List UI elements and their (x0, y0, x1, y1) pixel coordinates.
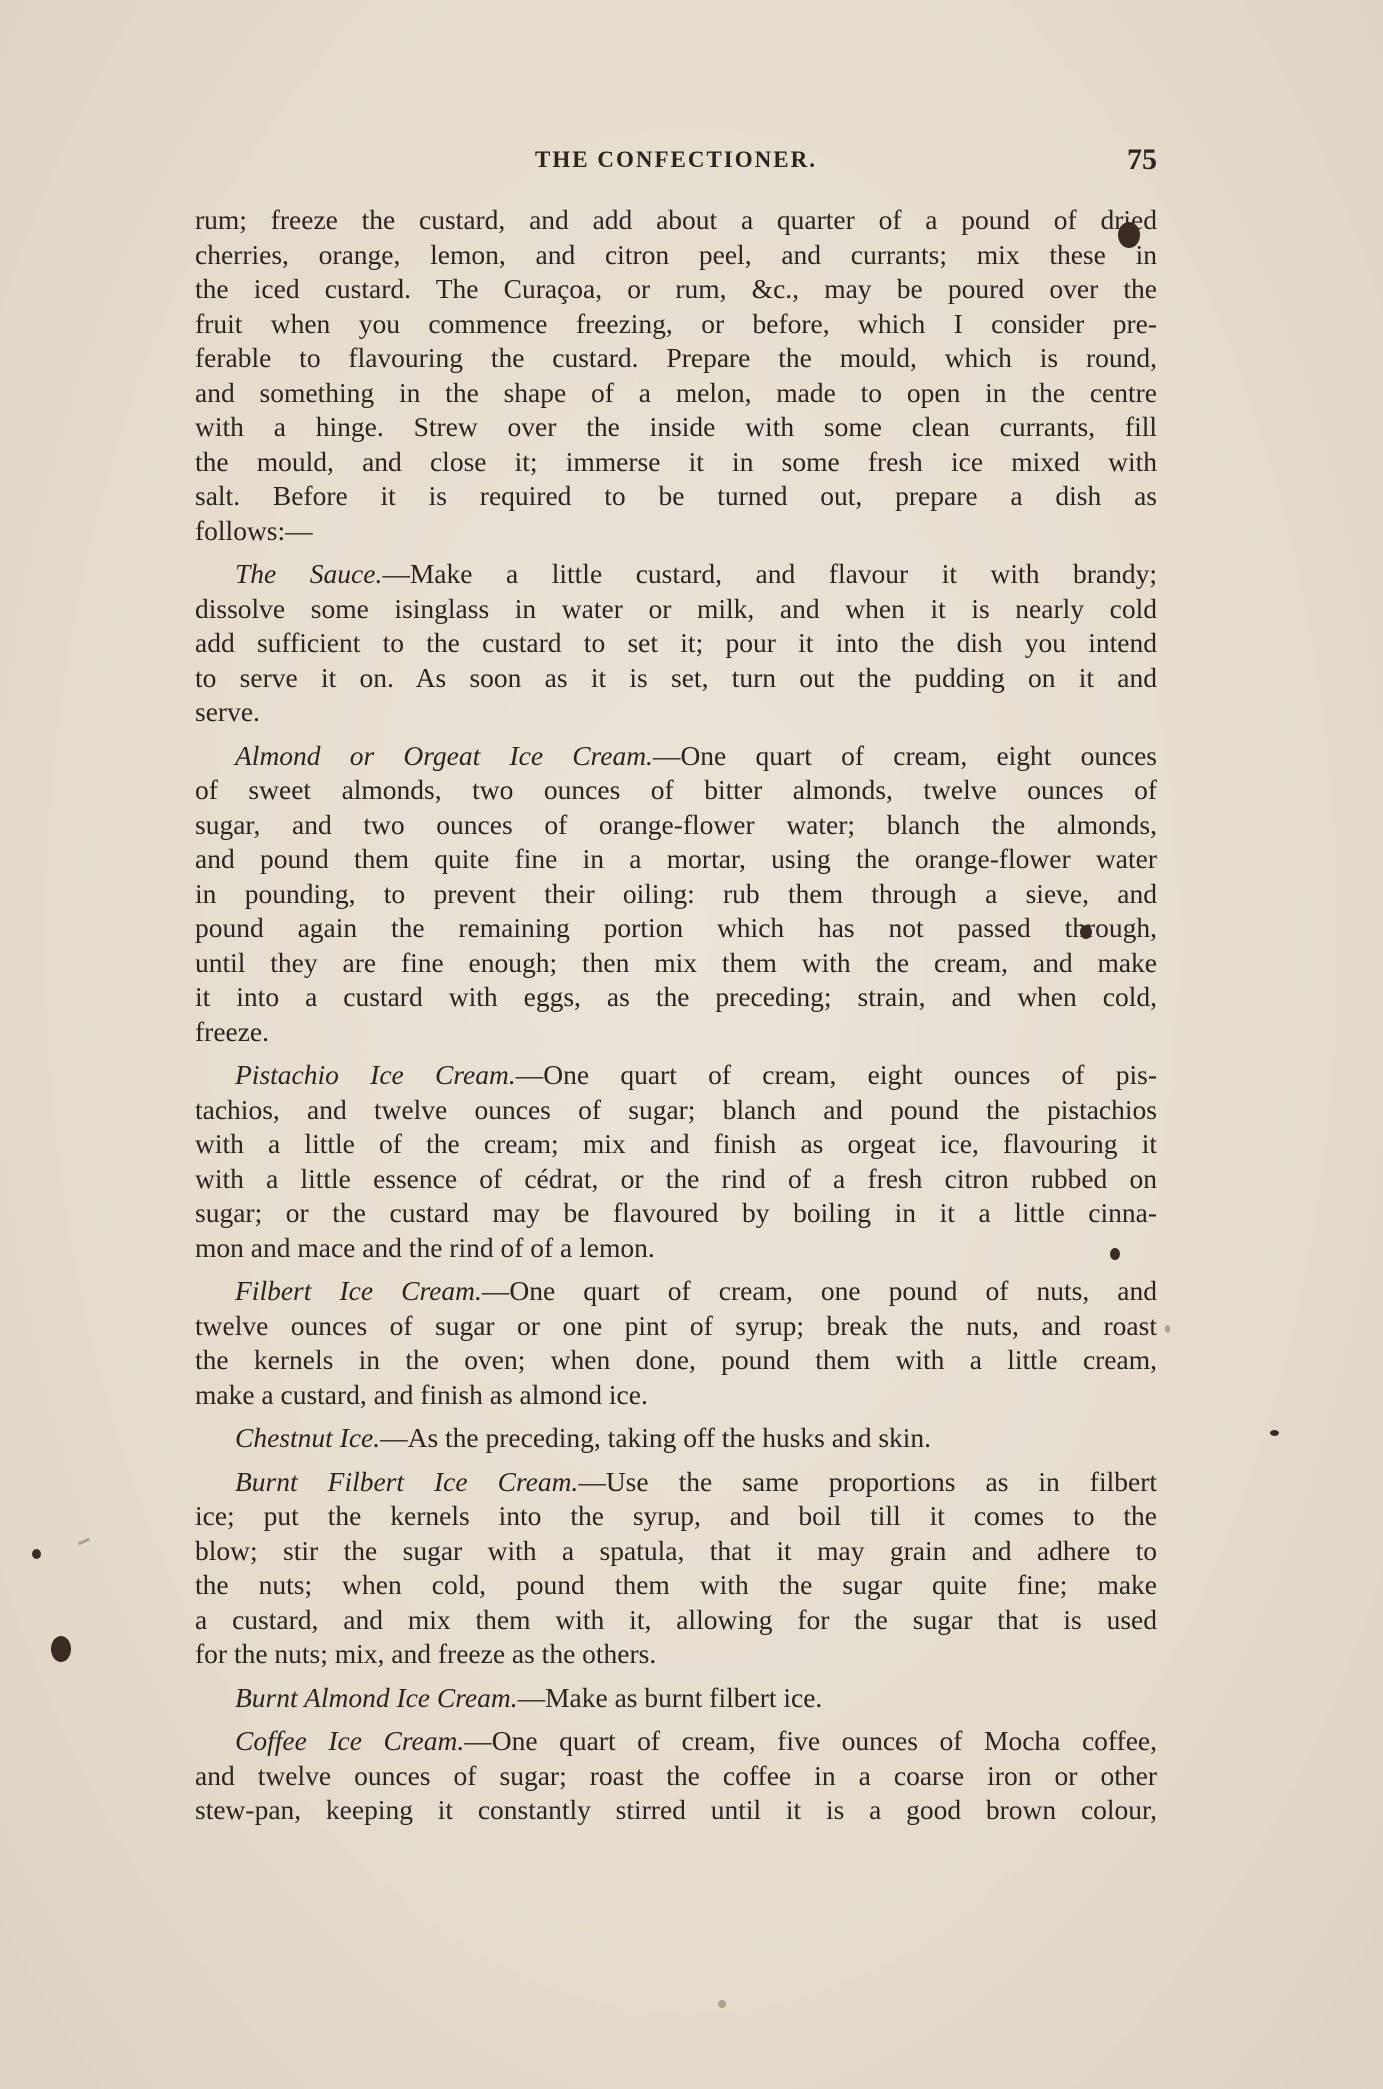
text-line: Filbert Ice Cream.—One quart of cream, o… (195, 1274, 1157, 1309)
text-line: stew-pan, keeping it constantly stirred … (195, 1793, 1157, 1828)
paragraph-the-sauce: The Sauce.—Make a little custard, and fl… (195, 557, 1157, 730)
paragraph-continuation: rum; freeze the custard, and add about a… (195, 203, 1157, 548)
recipe-heading: Filbert Ice Cream. (235, 1275, 482, 1306)
text-line: Pistachio Ice Cream.—One quart of cream,… (195, 1058, 1157, 1093)
text-line: with a little of the cream; mix and fini… (195, 1127, 1157, 1162)
text-line: tachios, and twelve ounces of sugar; bla… (195, 1093, 1157, 1128)
text-line: Coffee Ice Cream.—One quart of cream, fi… (195, 1724, 1157, 1759)
text-line: in pounding, to prevent their oiling: ru… (195, 877, 1157, 912)
paper-stain (1118, 222, 1140, 248)
text-line: serve. (195, 695, 1157, 730)
text-line: the mould, and close it; immerse it in s… (195, 445, 1157, 480)
text-line: rum; freeze the custard, and add about a… (195, 203, 1157, 238)
body-text: rum; freeze the custard, and add about a… (195, 203, 1157, 1837)
recipe-heading: Almond or Orgeat Ice Cream. (235, 740, 653, 771)
text-line: ferable to flavouring the custard. Prepa… (195, 341, 1157, 376)
paper-mark (1165, 1325, 1170, 1333)
text-line: sugar; or the custard may be flavoured b… (195, 1196, 1157, 1231)
text-line: and something in the shape of a melon, m… (195, 376, 1157, 411)
text-line: follows:— (195, 514, 1157, 549)
text-line: blow; stir the sugar with a spatula, tha… (195, 1534, 1157, 1569)
paragraph-burnt-filbert-ice-cream: Burnt Filbert Ice Cream.—Use the same pr… (195, 1465, 1157, 1672)
text-line: freeze. (195, 1015, 1157, 1050)
recipe-heading: The Sauce. (235, 558, 382, 589)
text-line: Chestnut Ice.—As the preceding, taking o… (195, 1421, 1157, 1456)
text-line: The Sauce.—Make a little custard, and fl… (195, 557, 1157, 592)
text-line: twelve ounces of sugar or one pint of sy… (195, 1309, 1157, 1344)
text-line: it into a custard with eggs, as the prec… (195, 980, 1157, 1015)
text-line: Almond or Orgeat Ice Cream.—One quart of… (195, 739, 1157, 774)
paper-stain (1270, 1430, 1279, 1436)
paper-stain (1080, 925, 1092, 939)
paper-mark (78, 1538, 90, 1546)
running-head: THE CONFECTIONER. 75 (195, 143, 1157, 183)
text-line: cherries, orange, lemon, and citron peel… (195, 238, 1157, 273)
text-line: salt. Before it is required to be turned… (195, 479, 1157, 514)
text-line: to serve it on. As soon as it is set, tu… (195, 661, 1157, 696)
running-title: THE CONFECTIONER. (195, 147, 1157, 173)
paper-stain (32, 1549, 41, 1559)
text-line: for the nuts; mix, and freeze as the oth… (195, 1637, 1157, 1672)
text-line: the iced custard. The Curaçoa, or rum, &… (195, 272, 1157, 307)
paragraph-chestnut-ice: Chestnut Ice.—As the preceding, taking o… (195, 1421, 1157, 1456)
text-line: fruit when you commence freezing, or bef… (195, 307, 1157, 342)
text-fragment: —Use the same proportions as in filbert (578, 1466, 1157, 1497)
paragraph-coffee-ice-cream: Coffee Ice Cream.—One quart of cream, fi… (195, 1724, 1157, 1828)
text-line: sugar, and two ounces of orange-flower w… (195, 808, 1157, 843)
text-line: until they are fine enough; then mix the… (195, 946, 1157, 981)
text-line: and twelve ounces of sugar; roast the co… (195, 1759, 1157, 1794)
paragraph-almond-ice-cream: Almond or Orgeat Ice Cream.—One quart of… (195, 739, 1157, 1050)
text-line: Burnt Almond Ice Cream.—Make as burnt fi… (195, 1681, 1157, 1716)
paragraph-pistachio-ice-cream: Pistachio Ice Cream.—One quart of cream,… (195, 1058, 1157, 1265)
paper-mark (718, 2000, 726, 2008)
text-line: with a little essence of cédrat, or the … (195, 1162, 1157, 1197)
recipe-heading: Chestnut Ice. (235, 1422, 380, 1453)
recipe-heading: Coffee Ice Cream. (235, 1725, 464, 1756)
recipe-heading: Burnt Almond Ice Cream. (235, 1682, 518, 1713)
text-line: pound again the remaining portion which … (195, 911, 1157, 946)
paper-stain (51, 1636, 71, 1662)
text-line: with a hinge. Strew over the inside with… (195, 410, 1157, 445)
text-line: mon and mace and the rind of of a lemon. (195, 1231, 1157, 1266)
text-fragment: —As the preceding, taking off the husks … (380, 1422, 931, 1453)
book-page: THE CONFECTIONER. 75 rum; freeze the cus… (0, 0, 1383, 2089)
page-number: 75 (1127, 143, 1157, 177)
text-line: a custard, and mix them with it, allowin… (195, 1603, 1157, 1638)
text-line: ice; put the kernels into the syrup, and… (195, 1499, 1157, 1534)
text-line: of sweet almonds, two ounces of bitter a… (195, 773, 1157, 808)
paragraph-burnt-almond-ice-cream: Burnt Almond Ice Cream.—Make as burnt fi… (195, 1681, 1157, 1716)
paragraph-filbert-ice-cream: Filbert Ice Cream.—One quart of cream, o… (195, 1274, 1157, 1412)
recipe-heading: Burnt Filbert Ice Cream. (235, 1466, 578, 1497)
text-fragment: —One quart of cream, one pound of nuts, … (482, 1275, 1157, 1306)
text-line: dissolve some isinglass in water or milk… (195, 592, 1157, 627)
text-line: the kernels in the oven; when done, poun… (195, 1343, 1157, 1378)
text-fragment: —Make as burnt filbert ice. (518, 1682, 823, 1713)
text-line: add sufficient to the custard to set it;… (195, 626, 1157, 661)
text-fragment: —One quart of cream, five ounces of Moch… (464, 1725, 1157, 1756)
text-line: the nuts; when cold, pound them with the… (195, 1568, 1157, 1603)
text-line: and pound them quite fine in a mortar, u… (195, 842, 1157, 877)
text-fragment: —One quart of cream, eight ounces of pis… (516, 1059, 1157, 1090)
text-line: Burnt Filbert Ice Cream.—Use the same pr… (195, 1465, 1157, 1500)
text-line: make a custard, and finish as almond ice… (195, 1378, 1157, 1413)
text-fragment: —Make a little custard, and flavour it w… (382, 558, 1157, 589)
text-fragment: —One quart of cream, eight ounces (653, 740, 1157, 771)
paper-stain (1110, 1248, 1120, 1260)
recipe-heading: Pistachio Ice Cream. (235, 1059, 516, 1090)
